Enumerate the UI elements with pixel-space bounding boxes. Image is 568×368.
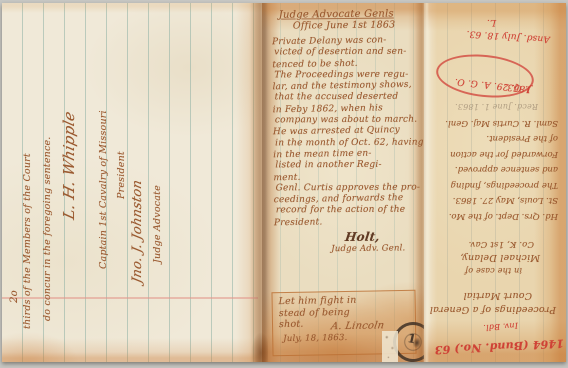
cover-title-line-2: Court Martial xyxy=(463,290,532,301)
red-scribble-line-1: Ansd. July 18. 63. xyxy=(466,28,550,44)
endorsement-line: and sentence approved. xyxy=(428,161,558,177)
endorsement-line: Saml. R. Curtis Maj. Genl. xyxy=(428,115,558,131)
jag-office-header-line-2: Office June 1st 1863 xyxy=(293,19,417,31)
case-unit: Co. K, 1st Cav. xyxy=(468,239,534,249)
endorsement-line: Hd. Qrs. Dept. of the Mo. xyxy=(428,208,558,224)
right-page-rotated-text: 1464 (Bund. No.) 63 Inv. Bdl. Proceeding… xyxy=(426,7,566,359)
president-signature: L. H. Whipple xyxy=(60,109,78,221)
cover-title-line-1: Proceedings of a General xyxy=(430,304,556,315)
concurrence-line-1: thirds of the Members of the Court xyxy=(22,153,33,329)
summary-line: President. xyxy=(274,215,419,229)
ago-oval-stamp: J. Q. 29. A. G. O. 1863. xyxy=(434,50,536,102)
jag-summary-text: Judge Advocate Genls Office June 1st 186… xyxy=(271,8,420,255)
page-number: 2o xyxy=(9,290,20,303)
red-file-number: 1464 (Bund. No.) 63 xyxy=(434,337,564,357)
curtis-endorsement-block: Hd. Qrs. Dept. of the Mo.St. Louis, May … xyxy=(428,115,558,224)
round-stamp-number: 1 xyxy=(406,331,417,346)
case-name: Michael Delany, xyxy=(460,252,540,263)
endorsement-line: of the President. xyxy=(428,130,558,146)
left-page-rotated-text: thirds of the Members of the Court do co… xyxy=(16,13,256,357)
endorsement-line: The proceedings, finding xyxy=(428,177,558,193)
endorsement-line: St. Louis, May 27. 1863. xyxy=(428,192,558,208)
red-scribble-line-2: L. xyxy=(487,17,497,27)
lincoln-note-date: July, 18, 1863. xyxy=(283,331,409,343)
president-role: President xyxy=(116,151,127,199)
endorsement-line: Forwarded for the action xyxy=(428,146,558,162)
jag-summary-body: Private Delany was con-victed of deserti… xyxy=(271,35,419,229)
pencil-received-note: Recd. June 1. 1863. xyxy=(455,102,538,111)
president-title: Captain 1st Cavalry of Missouri xyxy=(98,110,109,269)
red-filing-note: Inv. Bdl. xyxy=(483,321,518,332)
ago-oval-stamp-line-2: 1863. xyxy=(504,81,532,94)
document-sheet: thirds of the Members of the Court do co… xyxy=(2,3,566,362)
holt-signature: Holt, xyxy=(344,229,420,244)
judge-advocate-role: Judge Advocate xyxy=(152,185,163,263)
concurrence-line-2: do concur in the foregoing sentence. xyxy=(42,136,53,321)
manuscript-photo: thirds of the Members of the Court do co… xyxy=(0,0,568,368)
judge-advocate-signature: Jno. J. Johnston xyxy=(130,178,145,284)
holt-title: Judge Adv. Genl. xyxy=(331,243,419,254)
case-caption-line: in the case of xyxy=(465,266,522,275)
